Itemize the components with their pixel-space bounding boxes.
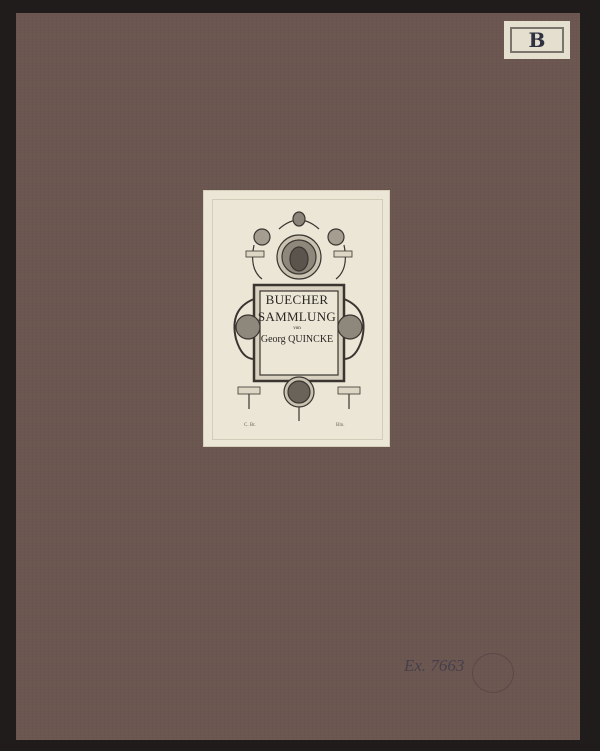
library-stamp-icon [472,653,514,693]
corner-label: B [504,21,570,59]
bookplate-title: BUECHER SAMMLUNG von Georg QUINCKE [256,291,338,346]
title-line-3: von [256,325,338,333]
signature-left: C. Br. [244,423,256,428]
title-line-1: BUECHER [256,291,338,308]
mounting-board: B [16,13,580,740]
accession-number: Ex. 7663 [404,656,464,676]
signature-right: Bln. [336,423,344,428]
title-line-4: Georg QUINCKE [256,333,338,346]
corner-label-text: B [510,27,564,53]
bookplate: BUECHER SAMMLUNG von Georg QUINCKE C. Br… [204,191,389,446]
title-line-2: SAMMLUNG [256,308,338,325]
